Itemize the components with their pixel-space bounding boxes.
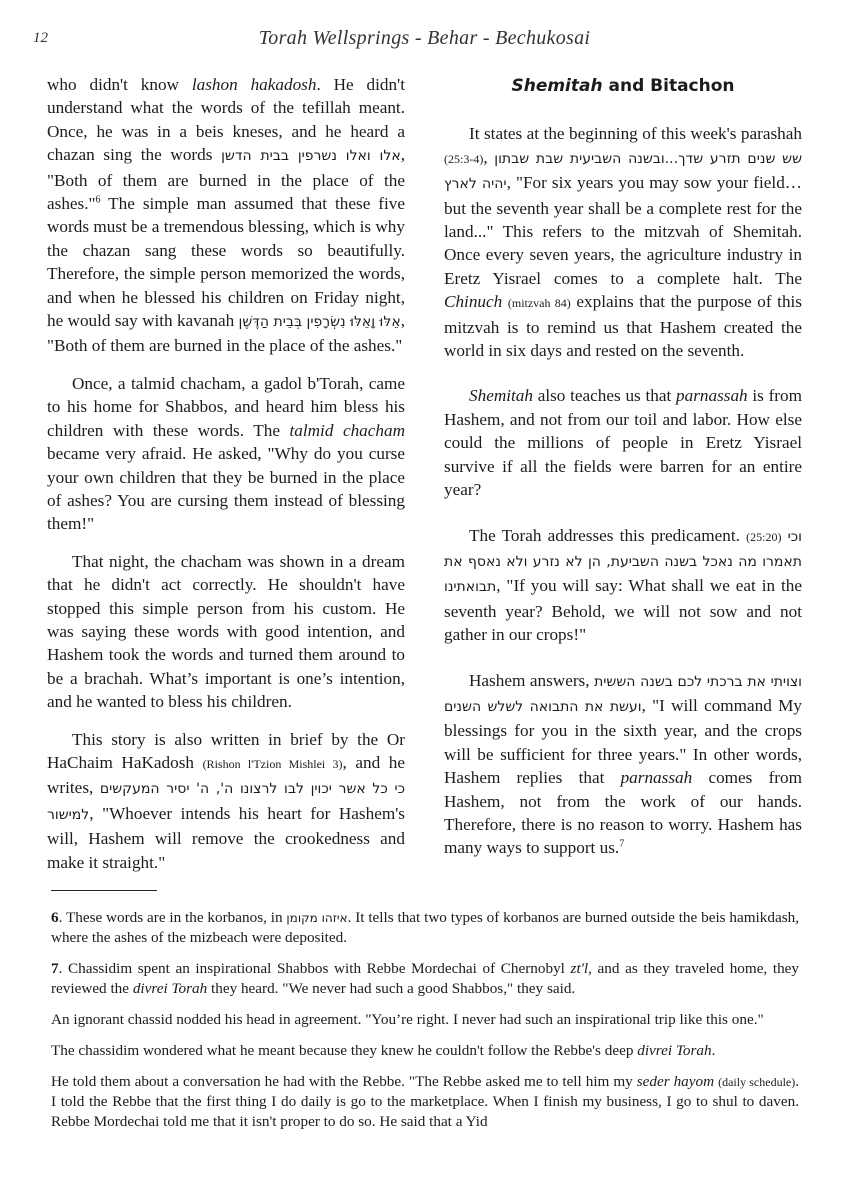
paragraph: That night, the chacham was shown in a d… [47, 550, 405, 714]
paragraph: who didn't know lashon hakadosh. He didn… [47, 73, 405, 358]
source-citation: (Rishon l'Tzion Mishlei 3) [203, 757, 343, 771]
italic-term: divrei Torah [637, 1042, 711, 1059]
text: That night, the chacham was shown in a d… [47, 552, 405, 711]
footnote-7: 7. Chassidim spent an inspirational Shab… [51, 959, 799, 999]
italic-term: Chinuch [444, 292, 502, 311]
left-column: who didn't know lashon hakadosh. He didn… [47, 73, 405, 888]
hebrew-quote: איזהו מקומן [286, 911, 347, 925]
text: . These words are in the korbanos, in [59, 909, 287, 926]
footnote-7-continued: The chassidim wondered what he meant bec… [51, 1041, 799, 1061]
text: The chassidim wondered what he meant bec… [51, 1042, 637, 1059]
text: . [712, 1042, 716, 1059]
footnote-7-continued: He told them about a conversation he had… [51, 1072, 799, 1132]
footnotes: 6. These words are in the korbanos, in א… [51, 908, 799, 1143]
footnote-7-continued: An ignorant chassid nodded his head in a… [51, 1010, 799, 1030]
footnote-6: 6. These words are in the korbanos, in א… [51, 908, 799, 948]
text: . Chassidim spent an inspirational Shabb… [59, 960, 571, 977]
paragraph: Shemitah also teaches us that parnassah … [444, 384, 802, 501]
text: He told them about a conversation he had… [51, 1073, 637, 1090]
text: , "Whoever intends his heart for Hashem'… [47, 804, 405, 872]
italic-term: divrei Torah [133, 980, 207, 997]
text: Hashem answers, [469, 671, 594, 690]
text: also teaches us that [533, 386, 676, 405]
paragraph: Once, a talmid chacham, a gadol b'Torah,… [47, 372, 405, 536]
paragraph: It states at the beginning of this week'… [444, 122, 802, 362]
italic-term: parnassah [621, 768, 693, 787]
footnote-number: 6 [51, 909, 59, 926]
hebrew-quote: אֵלּוּ וָאֵלּוּ נִשְׂרָפִין בְּבֵית הַדֶ… [239, 314, 401, 330]
italic-term: talmid chacham [290, 421, 406, 440]
italic-term: seder hayom [637, 1073, 714, 1090]
paragraph: This story is also written in brief by t… [47, 728, 405, 874]
text: , "If you will say: What shall we eat in… [444, 576, 802, 644]
italic-term: zt'l [571, 960, 589, 977]
source-citation: (daily schedule) [718, 1075, 795, 1089]
italic-term: parnassah [676, 386, 748, 405]
text: The Torah addresses this predicament. [469, 526, 746, 545]
heading-text: and Bitachon [603, 76, 735, 96]
source-citation: (25:20) [746, 530, 781, 544]
text: An ignorant chassid nodded his head in a… [51, 1011, 764, 1028]
footnote-ref-7[interactable]: 7 [619, 839, 624, 850]
source-citation: (25:3-4) [444, 152, 483, 166]
hebrew-quote: אלו ואלו נשרפין בבית הדשן [221, 148, 401, 164]
text: they heard. "We never had such a good Sh… [207, 980, 575, 997]
paragraph: The Torah addresses this predicament. (2… [444, 524, 802, 647]
running-title: Torah Wellsprings - Behar - Bechukosai [0, 27, 849, 50]
footnote-number: 7 [51, 960, 59, 977]
section-heading: Shemitah and Bitachon [444, 75, 802, 98]
text: who didn't know [47, 75, 192, 94]
right-column: Shemitah and Bitachon It states at the b… [444, 73, 802, 874]
paragraph: Hashem answers, וצויתי את ברכתי לכם בשנה… [444, 669, 802, 860]
footnote-divider [51, 890, 157, 891]
italic-term: Shemitah [469, 386, 533, 405]
source-citation: (mitzvah 84) [508, 296, 571, 310]
italic-term: lashon hakadosh [192, 75, 317, 94]
heading-italic: Shemitah [511, 76, 602, 96]
text: became very afraid. He asked, "Why do yo… [47, 444, 405, 533]
text: It states at the beginning of this week'… [469, 124, 802, 143]
text: , [483, 148, 494, 167]
text: The simple man assumed that these five w… [47, 194, 405, 330]
